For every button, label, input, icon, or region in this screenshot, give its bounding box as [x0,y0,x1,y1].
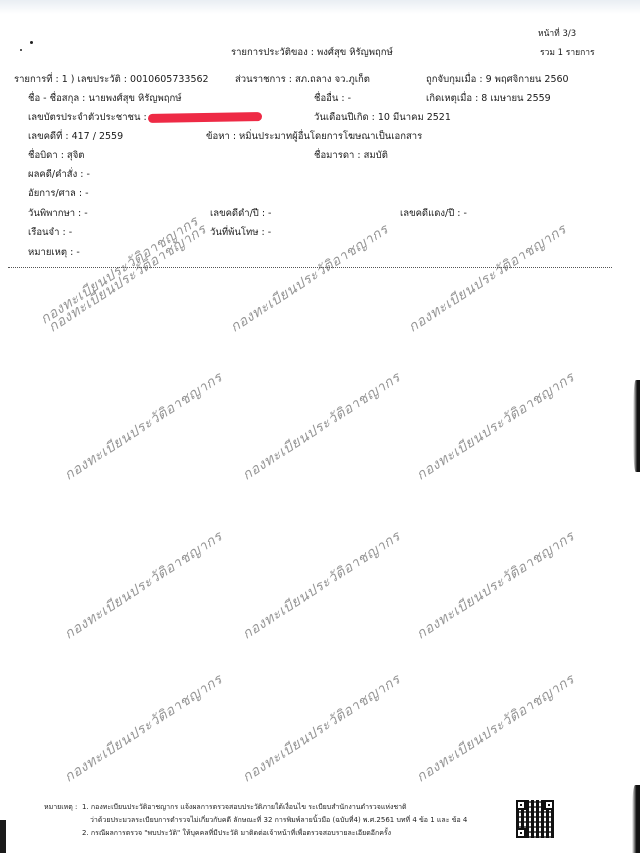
qr-finder [516,828,526,838]
incident-date: เกิดเหตุเมื่อ : 8 เมษายน 2559 [426,93,551,105]
id-card-label: เลขบัตรประจำตัวประชาชน : [28,112,147,124]
document-title: รายการประวัติของ : พงศ์สุข หิรัญพฤกษ์ [231,47,393,59]
judgment-date: วันพิพากษา : - [28,208,88,220]
qr-code[interactable] [516,800,554,838]
paper-edge-shadow [632,785,640,853]
remark: หมายเหตุ : - [28,247,80,259]
watermark: กองทะเบียนประวัติอาชญากร [238,669,405,788]
total-count: รวม 1 รายการ [540,47,595,59]
paper-edge-shadow [0,820,6,853]
watermark: กองทะเบียนประวัติอาชญากร [60,669,227,788]
alias: ชื่ออื่น : - [314,93,351,105]
father-name: ชื่อบิดา : สุจิต [28,150,84,162]
divider [8,267,612,268]
criminal-record-document: กองทะเบียนประวัติอาชญากร กองทะเบียนประวั… [0,0,640,853]
scan-speck [20,49,22,51]
prosecutor-court: อัยการ/ศาล : - [28,188,89,200]
case-number: เลขคดีที่ : 417 / 2559 [28,131,123,143]
watermark: กองทะเบียนประวัติอาชญากร [412,526,579,645]
paper-edge-shadow [633,380,640,472]
verdict: ผลคดี/คำสั่ง : - [28,169,90,181]
red-case-number: เลขคดีแดง/ปี : - [400,208,467,220]
arrest-date: ถูกจับกุมเมื่อ : 9 พฤศจิกายน 2560 [426,74,569,86]
watermark: กองทะเบียนประวัติอาชญากร [238,367,405,486]
record-number: รายการที่ : 1 ) เลขประวัติ : 00106057335… [14,74,209,86]
redaction-mark [148,112,262,123]
footer-note-1-cont: ว่าด้วยประมวลระเบียบการตำรวจไม่เกี่ยวกับ… [90,815,467,825]
charge: ข้อหา : หมิ่นประมาทผู้อื่นโดยการโฆษณาเป็… [206,131,422,143]
footer-note-1: 1. กองทะเบียนประวัติอาชญากร แจ้งผลการตรว… [82,802,407,812]
mother-name: ชื่อมารดา : สมบัติ [314,150,388,162]
footer-note-2: 2. กรณีผลการตรวจ "พบประวัติ" ให้บุคคลที่… [82,828,391,838]
watermark: กองทะเบียนประวัติอาชญากร [238,526,405,645]
footer-note-label: หมายเหตุ : [44,802,77,812]
watermark: กองทะเบียนประวัติอาชญากร [60,526,227,645]
agency: ส่วนราชการ : สภ.ถลาง จว.ภูเก็ต [235,74,370,86]
watermark: กองทะเบียนประวัติอาชญากร [412,367,579,486]
watermark: กองทะเบียนประวัติอาชญากร [404,219,571,338]
page-number: หน้าที่ 3/3 [538,28,576,40]
black-case-number: เลขคดีดำ/ปี : - [210,208,272,220]
qr-finder [516,800,526,810]
prison: เรือนจำ : - [28,227,72,239]
birth-date: วันเดือนปีเกิด : 10 มีนาคม 2521 [314,112,451,124]
watermark: กองทะเบียนประวัติอาชญากร [60,367,227,486]
qr-finder [544,800,554,810]
watermark: กองทะเบียนประวัติอาชญากร [412,669,579,788]
full-name: ชื่อ - ชื่อสกุล : นายพงศ์สุข หิรัญพฤกษ์ [28,93,182,105]
scan-speck [30,41,33,44]
release-date: วันที่พ้นโทษ : - [210,227,271,239]
